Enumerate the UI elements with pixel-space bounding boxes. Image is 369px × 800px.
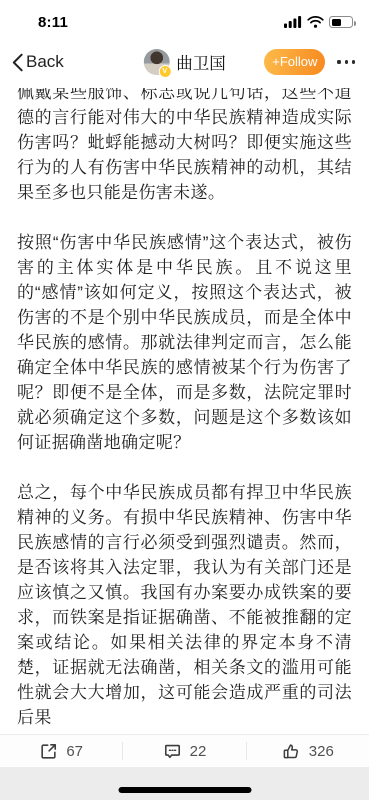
wifi-icon bbox=[307, 16, 324, 28]
nav-bar: Back V 曲卫国 +Follow bbox=[0, 36, 369, 88]
share-button[interactable]: 67 bbox=[0, 735, 122, 767]
thumbs-up-icon bbox=[282, 742, 301, 761]
comment-count: 22 bbox=[190, 743, 207, 760]
status-bar: 8:11 bbox=[0, 0, 369, 36]
share-forward-box-icon bbox=[39, 742, 58, 761]
article-paragraph: 佩戴某些服饰、标志或说几句话，这些不道德的言行能对伟大的中华民族精神造成实际伤害… bbox=[17, 88, 352, 205]
follow-button[interactable]: +Follow bbox=[264, 49, 325, 75]
author-header[interactable]: V 曲卫国 bbox=[143, 49, 226, 75]
article-body[interactable]: 佩戴某些服饰、标志或说几句话，这些不道德的言行能对伟大的中华民族精神造成实际伤害… bbox=[0, 88, 369, 734]
back-label: Back bbox=[26, 52, 64, 72]
battery-fill bbox=[332, 19, 342, 26]
chevron-left-icon bbox=[12, 53, 23, 72]
nav-right: +Follow bbox=[264, 49, 357, 75]
avatar[interactable]: V bbox=[143, 49, 169, 75]
clock: 8:11 bbox=[38, 14, 68, 31]
share-count: 67 bbox=[66, 743, 83, 760]
cellular-signal-icon bbox=[284, 16, 302, 28]
battery-icon bbox=[329, 16, 353, 28]
status-icons bbox=[284, 16, 353, 28]
like-count: 326 bbox=[309, 743, 334, 760]
author-name[interactable]: 曲卫国 bbox=[176, 50, 226, 74]
battery-nub bbox=[354, 21, 356, 26]
weibo-article-screen: 8:11 bbox=[0, 0, 369, 800]
comment-button[interactable]: 22 bbox=[123, 735, 245, 767]
comment-bubble-dots-icon bbox=[163, 742, 182, 761]
bottom-strip bbox=[0, 767, 369, 800]
article-paragraph: 按照“伤害中华民族感情”这个表达式，被伤害的主体实体是中华民族。且不说这里的“感… bbox=[17, 230, 352, 455]
action-toolbar: 67 22 326 bbox=[0, 734, 369, 767]
like-button[interactable]: 326 bbox=[247, 735, 369, 767]
back-button[interactable]: Back bbox=[12, 52, 64, 72]
article-paragraph: 总之，每个中华民族成员都有捍卫中华民族精神的义务。有损中华民族精神、伤害中华民族… bbox=[17, 480, 352, 730]
home-indicator[interactable] bbox=[118, 787, 251, 793]
verified-badge: V bbox=[158, 65, 171, 78]
more-icon[interactable] bbox=[335, 56, 357, 67]
